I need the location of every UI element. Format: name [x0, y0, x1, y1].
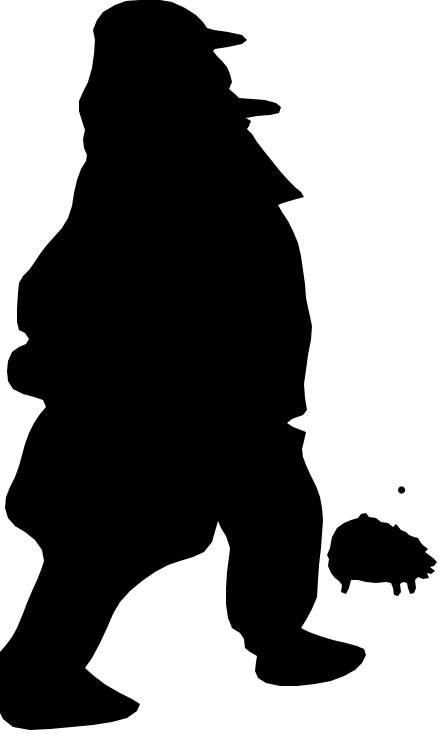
silhouette-artwork [0, 0, 440, 734]
floating-speck [398, 486, 405, 493]
illustration-canvas [0, 0, 440, 734]
